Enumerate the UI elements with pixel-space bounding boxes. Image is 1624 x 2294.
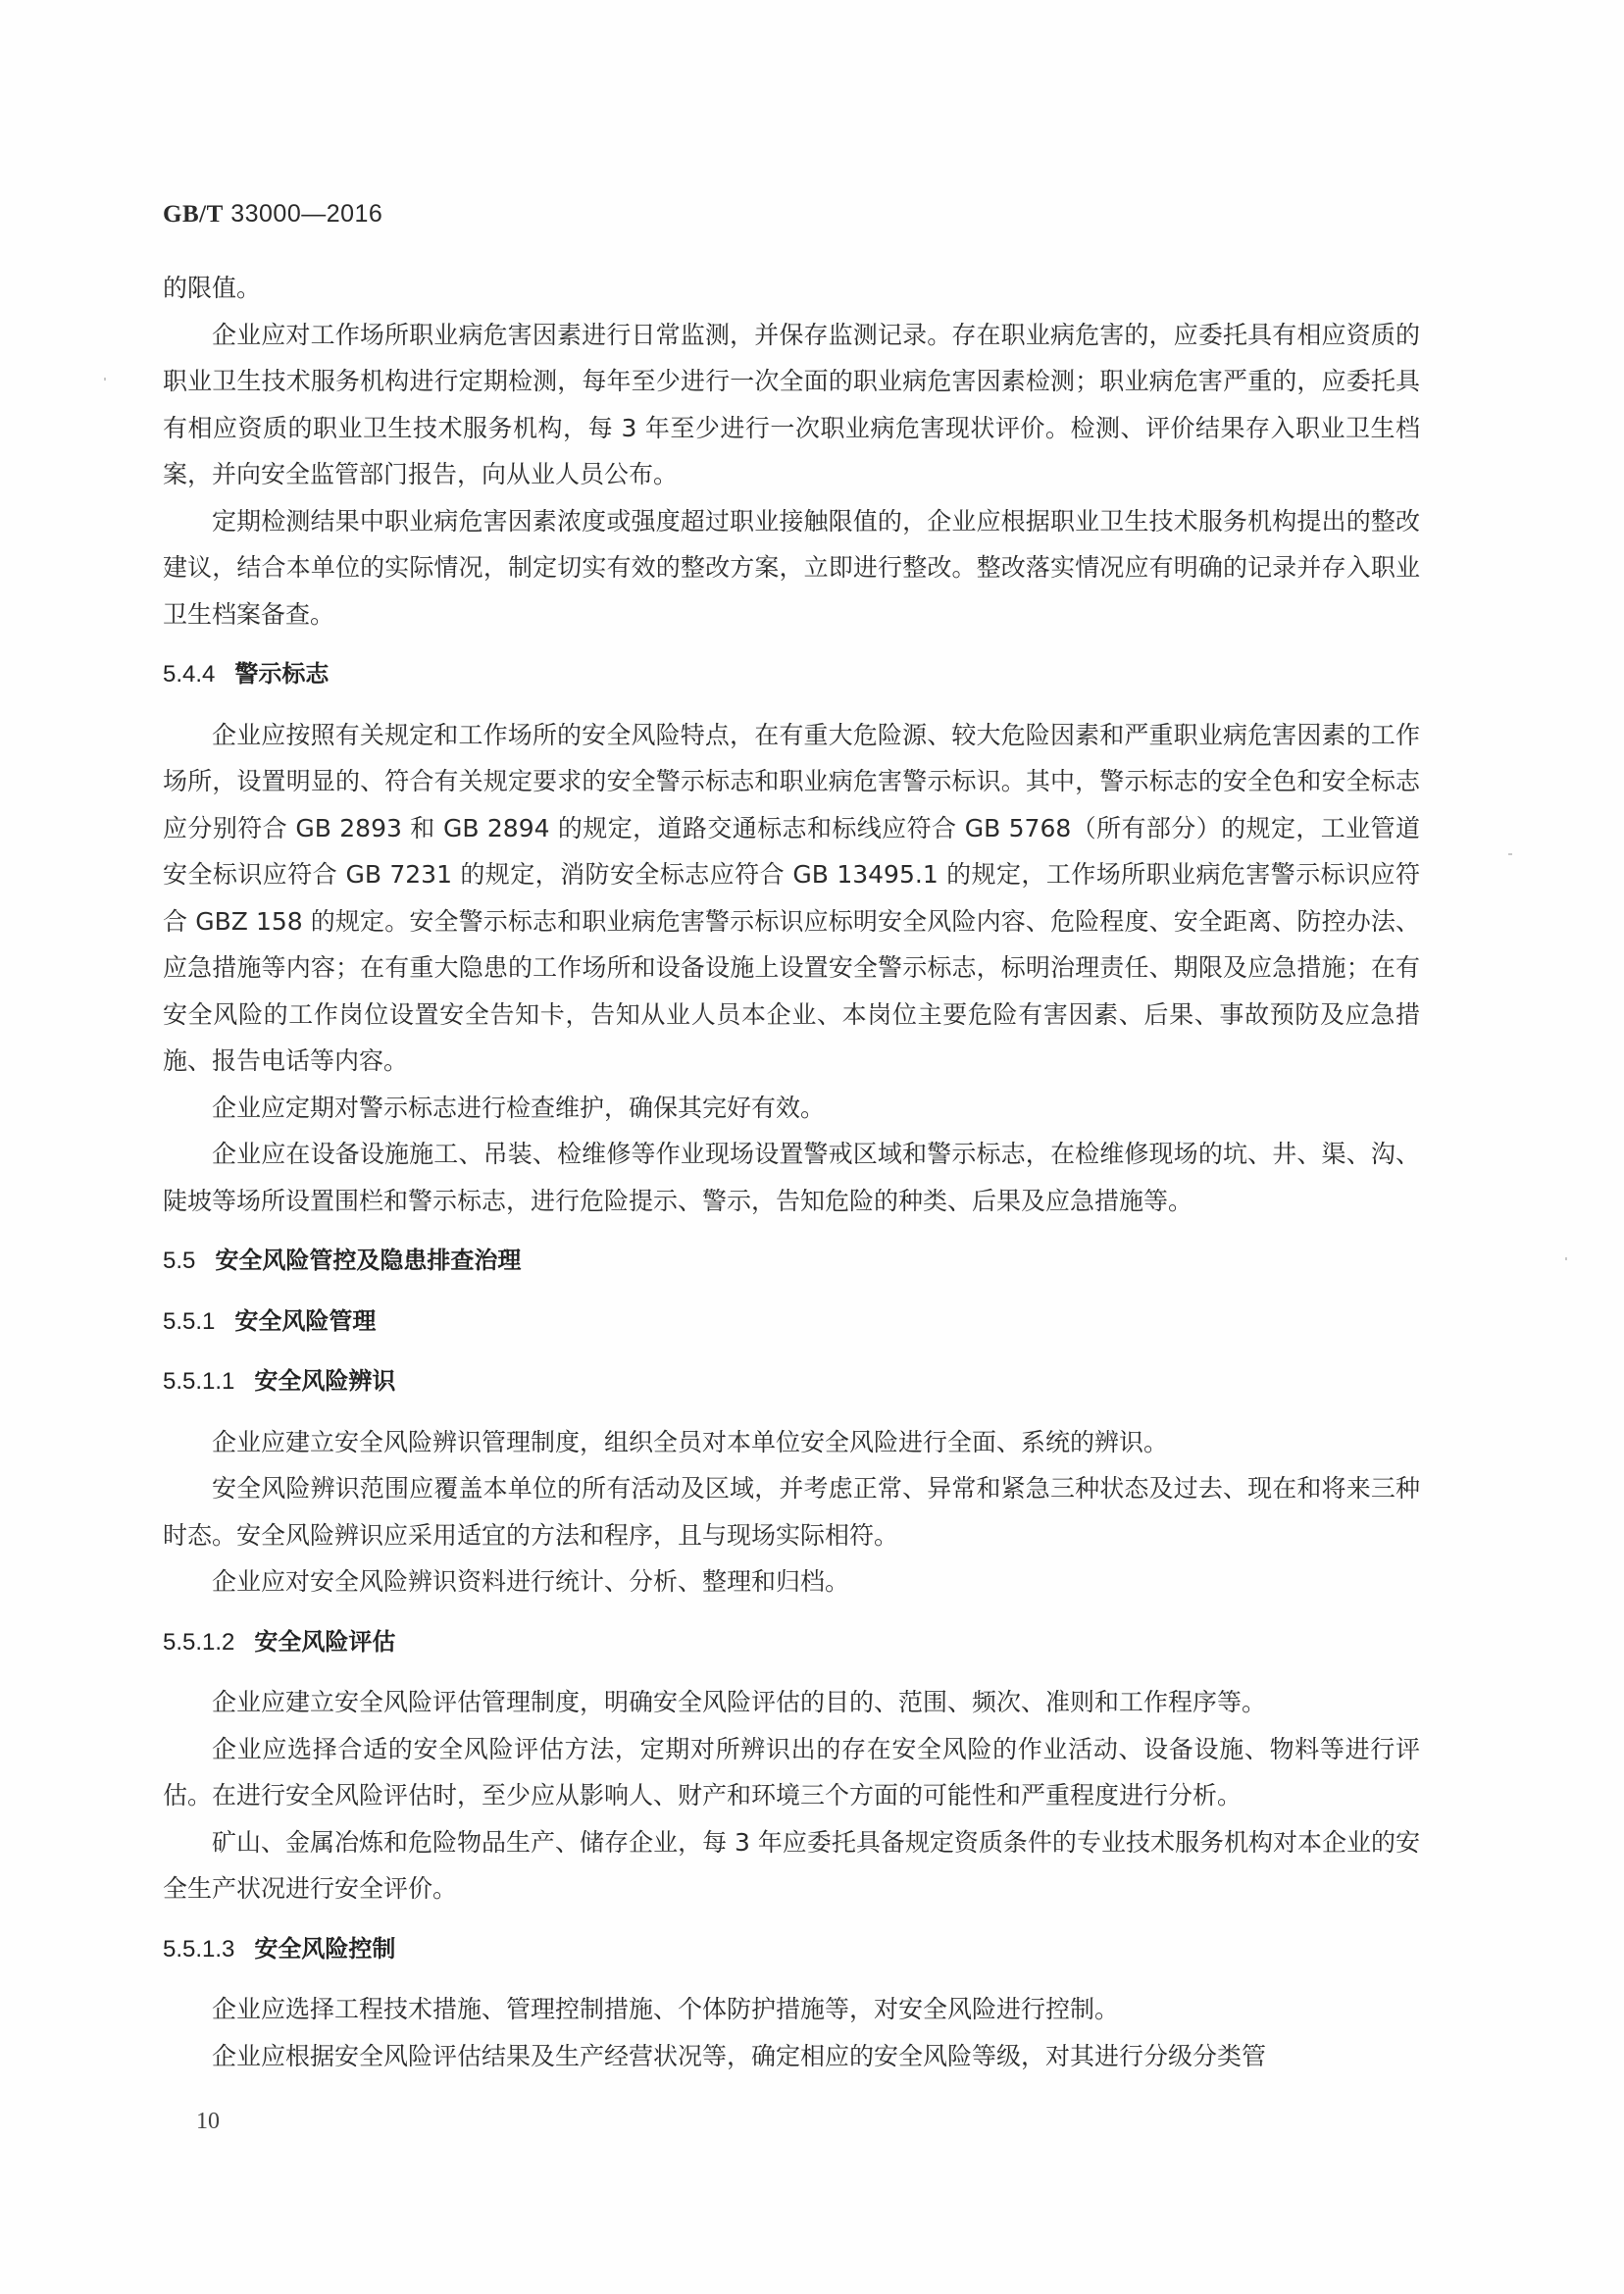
section-heading-5-5-1-2: 5.5.1.2安全风险评估 <box>163 1619 1420 1666</box>
section-number: 5.5.1 <box>163 1299 215 1346</box>
paragraph-continuation: 的限值。 <box>163 265 1420 312</box>
section-title: 安全风险辨识 <box>254 1367 395 1395</box>
section-number: 5.5 <box>163 1238 195 1285</box>
standard-prefix: GB/T <box>163 201 224 228</box>
paragraph-sign-maintenance: 企业应定期对警示标志进行检查维护，确保其完好有效。 <box>163 1085 1420 1132</box>
paragraph-safety-evaluation: 矿山、金属冶炼和危险物品生产、储存企业，每 3 年应委托具备规定资质条件的专业技… <box>163 1819 1420 1912</box>
document-body: 的限值。 企业应对工作场所职业病危害因素进行日常监测，并保存监测记录。存在职业病… <box>163 265 1420 2079</box>
paragraph-risk-grading: 企业应根据安全风险评估结果及生产经营状况等，确定相应的安全风险等级，对其进行分级… <box>163 2033 1420 2080</box>
scan-artifact <box>104 378 106 381</box>
section-heading-5-5-1-3: 5.5.1.3安全风险控制 <box>163 1926 1420 1973</box>
section-heading-5-4-4: 5.4.4警示标志 <box>163 651 1420 698</box>
paragraph-risk-identification-system: 企业应建立安全风险辨识管理制度，组织全员对本单位安全风险进行全面、系统的辨识。 <box>163 1419 1420 1466</box>
section-heading-5-5: 5.5安全风险管控及隐患排查治理 <box>163 1238 1420 1285</box>
standard-number: 33000—2016 <box>230 200 382 228</box>
paragraph-warning-signs: 企业应按照有关规定和工作场所的安全风险特点，在有重大危险源、较大危险因素和严重职… <box>163 712 1420 1085</box>
section-heading-5-5-1: 5.5.1安全风险管理 <box>163 1299 1420 1346</box>
section-title: 警示标志 <box>234 660 329 688</box>
paragraph-risk-identification-scope: 安全风险辨识范围应覆盖本单位的所有活动及区域，并考虑正常、异常和紧急三种状态及过… <box>163 1465 1420 1558</box>
section-number: 5.4.4 <box>163 651 215 698</box>
section-title: 安全风险管控及隐患排查治理 <box>215 1247 521 1274</box>
section-title: 安全风险控制 <box>254 1935 395 1963</box>
section-title: 安全风险管理 <box>234 1307 376 1335</box>
scan-artifact <box>1508 853 1512 855</box>
paragraph-risk-assessment-method: 企业应选择合适的安全风险评估方法，定期对所辨识出的存在安全风险的作业活动、设备设… <box>163 1726 1420 1819</box>
paragraph-risk-identification-archive: 企业应对安全风险辨识资料进行统计、分析、整理和归档。 <box>163 1558 1420 1606</box>
paragraph-monitoring: 企业应对工作场所职业病危害因素进行日常监测，并保存监测记录。存在职业病危害的，应… <box>163 312 1420 498</box>
paragraph-risk-control-measures: 企业应选择工程技术措施、管理控制措施、个体防护措施等，对安全风险进行控制。 <box>163 1986 1420 2033</box>
section-number: 5.5.1.1 <box>163 1358 234 1405</box>
standard-code-header: GB/T 33000—2016 <box>163 200 382 229</box>
paragraph-risk-assessment-system: 企业应建立安全风险评估管理制度，明确安全风险评估的目的、范围、频次、准则和工作程… <box>163 1679 1420 1726</box>
paragraph-rectification: 定期检测结果中职业病危害因素浓度或强度超过职业接触限值的，企业应根据职业卫生技术… <box>163 498 1420 638</box>
page-number: 10 <box>196 2109 220 2135</box>
paragraph-work-site-signs: 企业应在设备设施施工、吊装、检维修等作业现场设置警戒区域和警示标志，在检维修现场… <box>163 1131 1420 1224</box>
document-page: GB/T 33000—2016 的限值。 企业应对工作场所职业病危害因素进行日常… <box>0 0 1624 2294</box>
section-number: 5.5.1.2 <box>163 1619 234 1666</box>
section-title: 安全风险评估 <box>254 1628 395 1656</box>
scan-artifact <box>1565 1257 1567 1260</box>
section-heading-5-5-1-1: 5.5.1.1安全风险辨识 <box>163 1358 1420 1405</box>
section-number: 5.5.1.3 <box>163 1926 234 1973</box>
